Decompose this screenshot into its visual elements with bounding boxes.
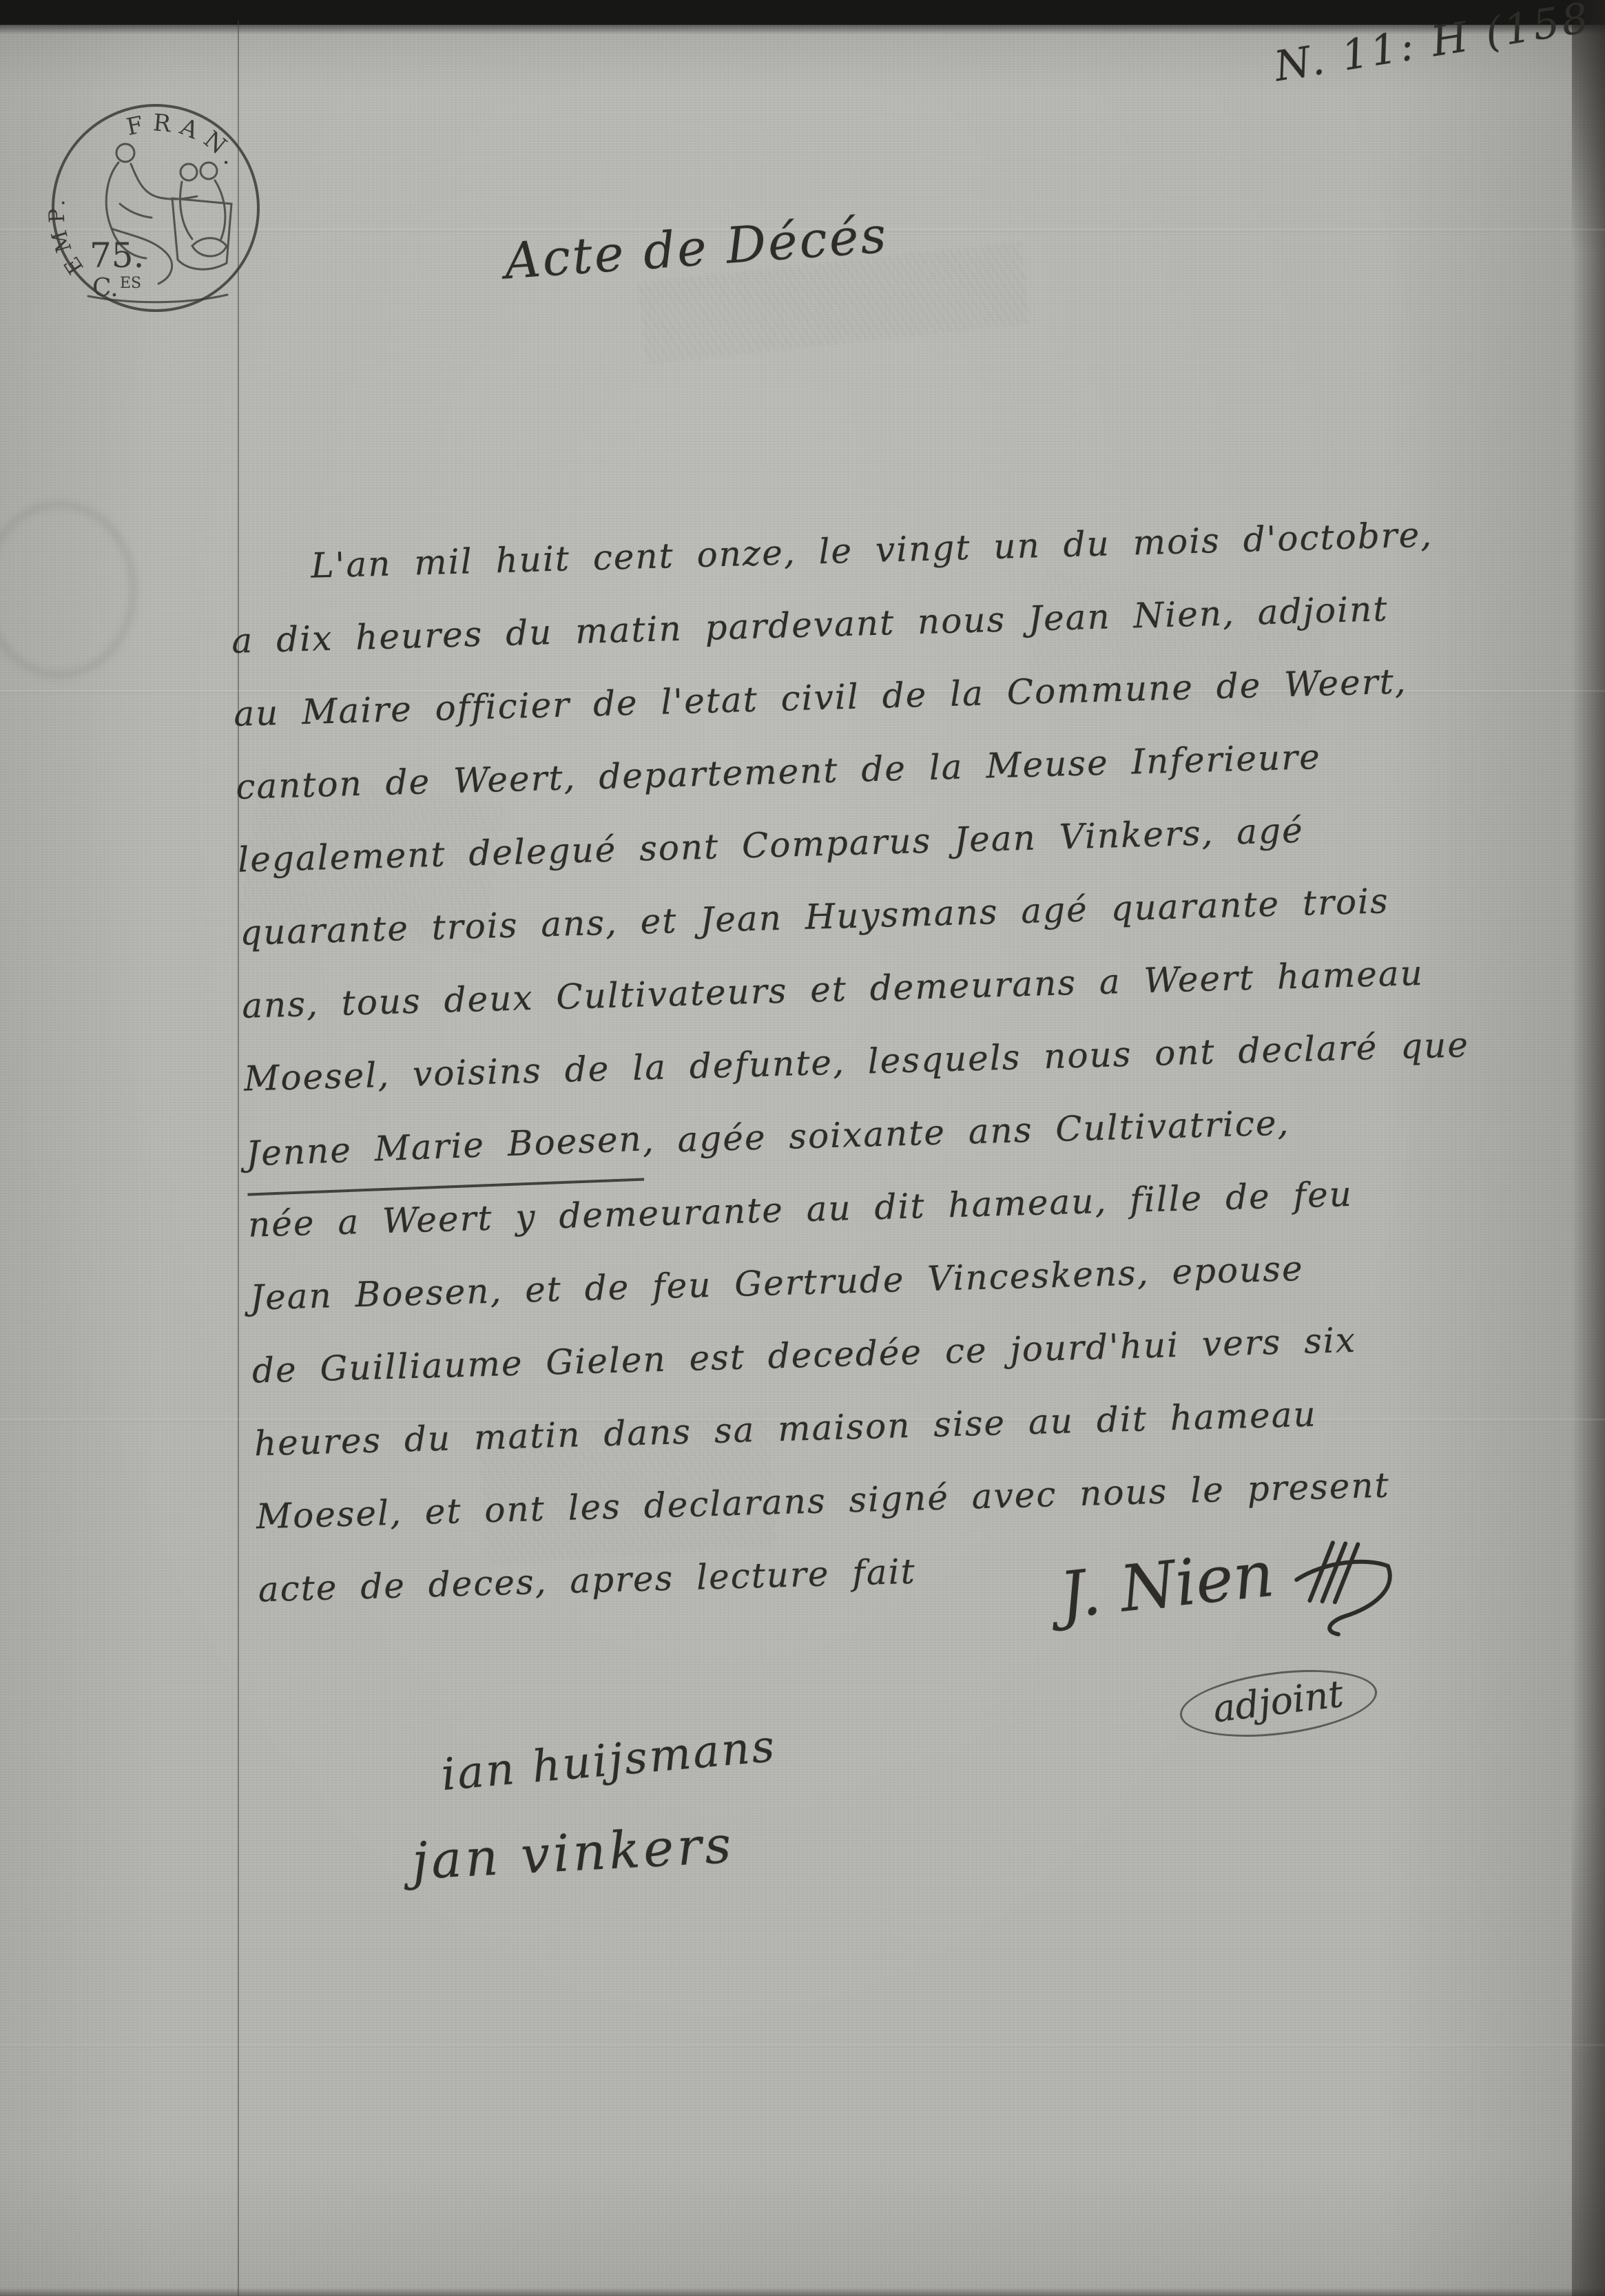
scan-edge-bottom <box>0 2288 1605 2296</box>
signature-paraph-icon <box>1280 1527 1407 1642</box>
stamp-figures-icon: FRAN. EMP. 75. C. ES <box>48 101 263 315</box>
stamp-text-fran: FRAN. <box>124 109 249 176</box>
revenue-stamp: FRAN. EMP. 75. C. ES <box>48 101 263 315</box>
svg-text:FRAN.: FRAN. <box>124 109 249 176</box>
stamp-text-emp: EMP. <box>48 191 89 278</box>
document-sheet: N. 11: H (158 FRAN. EMP. 75. C. ES <box>0 0 1605 2296</box>
margin-rule-line <box>238 21 239 2296</box>
witness-signature-1: ian huijsmans <box>439 1721 778 1801</box>
paper-crease <box>0 2044 1605 2047</box>
ghost-stamp-offset <box>0 501 136 678</box>
document-title: Acte de Décés <box>503 206 890 291</box>
svg-text:EMP.: EMP. <box>48 191 89 278</box>
witness-signature-2: jan vinkers <box>411 1815 736 1891</box>
official-signature-title: adjoint <box>1177 1660 1381 1746</box>
deceased-name-underlined: Jenne Marie Boesen <box>245 1103 644 1196</box>
body-text: L'an mil huit cent onze, le vingt un du … <box>229 494 1605 1627</box>
stamp-cents-sup: ES <box>120 275 141 292</box>
scan-edge-top <box>0 0 1605 25</box>
